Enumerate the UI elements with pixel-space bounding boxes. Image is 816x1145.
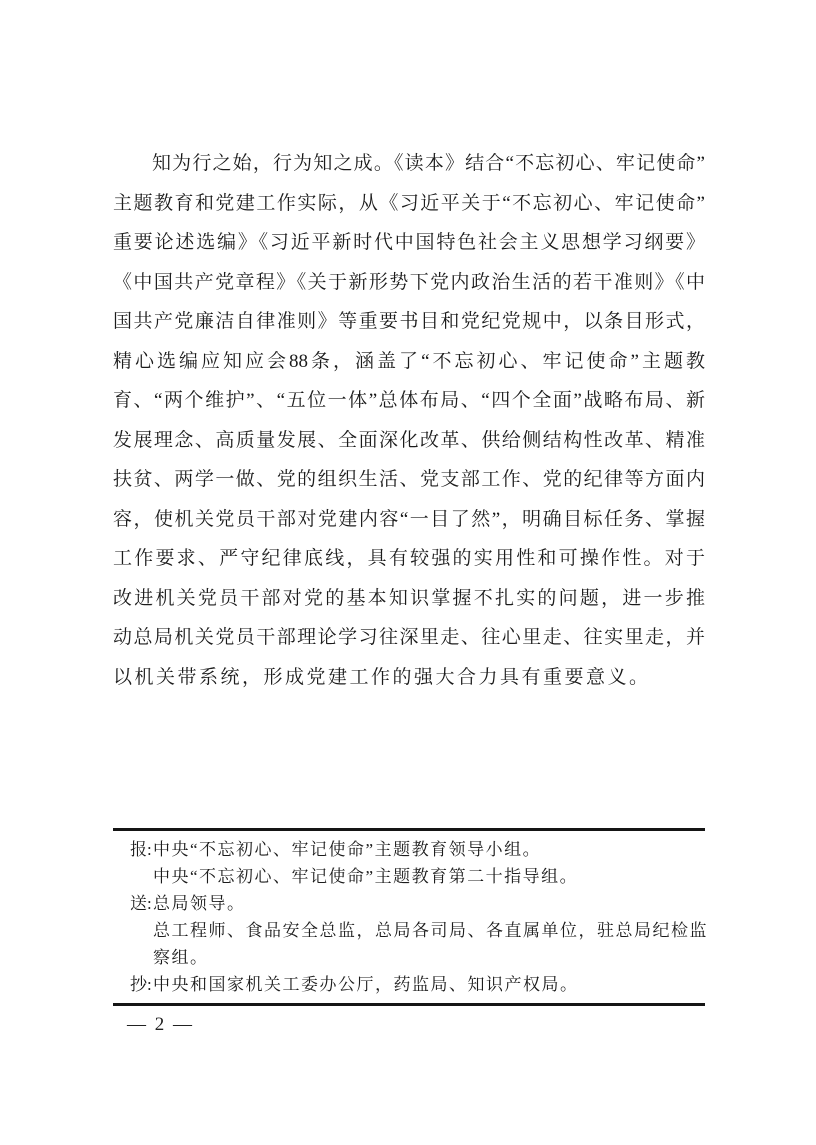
- distribution-label: [130, 944, 153, 971]
- distribution-label: 送:: [130, 890, 153, 917]
- paragraph-line: 主题教育和党建工作实际，从《习近平关于“不忘初心、牢记使命”: [113, 184, 705, 224]
- distribution-line-report: 报: 中央“不忘初心、牢记使命”主题教育领导小组。: [130, 836, 705, 863]
- distribution-text: 中央“不忘初心、牢记使命”主题教育领导小组。: [153, 836, 541, 863]
- paragraph-line: 《中国共产党章程》《关于新形势下党内政治生活的若干准则》《中: [113, 263, 705, 303]
- distribution-label: 报:: [130, 836, 153, 863]
- paragraph-line: 扶贫、两学一做、党的组织生活、党支部工作、党的纪律等方面内: [113, 460, 705, 500]
- paragraph-line: 知为行之始，行为知之成。《读本》结合“不忘初心、牢记使命”: [113, 144, 705, 184]
- distribution-line-send-cont: 察组。: [130, 944, 705, 971]
- paragraph-line: 重要论述选编》《习近平新时代中国特色社会主义思想学习纲要》: [113, 223, 705, 263]
- paragraph-line: 容，使机关党员干部对党建内容“一目了然”，明确目标任务、掌握: [113, 500, 705, 540]
- distribution-line-copy: 抄: 中央和国家机关工委办公厅，药监局、知识产权局。: [130, 971, 705, 998]
- distribution-text: 察组。: [153, 944, 209, 971]
- paragraph-line: 国共产党廉洁自律准则》等重要书目和党纪党规中，以条目形式，: [113, 302, 705, 342]
- distribution-footer: 报: 中央“不忘初心、牢记使命”主题教育领导小组。 中央“不忘初心、牢记使命”主…: [113, 828, 705, 1006]
- distribution-line-report-cont: 中央“不忘初心、牢记使命”主题教育第二十指导组。: [130, 863, 705, 890]
- paragraph-line: 育、“两个维护”、“五位一体”总体布局、“四个全面”战略布局、新: [113, 381, 705, 421]
- distribution-line-send-cont: 总工程师、食品安全总监，总局各司局、各直属单位，驻总局纪检监: [130, 917, 705, 944]
- body-paragraph: 知为行之始，行为知之成。《读本》结合“不忘初心、牢记使命” 主题教育和党建工作实…: [113, 144, 705, 697]
- distribution-text: 总工程师、食品安全总监，总局各司局、各直属单位，驻总局纪检监: [153, 917, 708, 944]
- footer-bottom-rule: [113, 1003, 705, 1006]
- paragraph-line: 以机关带系统，形成党建工作的强大合力具有重要意义。: [113, 658, 705, 698]
- document-page: 知为行之始，行为知之成。《读本》结合“不忘初心、牢记使命” 主题教育和党建工作实…: [0, 0, 816, 1145]
- distribution-label: [130, 863, 153, 890]
- distribution-text: 中央和国家机关工委办公厅，药监局、知识产权局。: [153, 971, 579, 998]
- paragraph-line: 工作要求、严守纪律底线，具有较强的实用性和可操作性。对于: [113, 539, 705, 579]
- paragraph-line: 改进机关党员干部对党的基本知识掌握不扎实的问题，进一步推: [113, 579, 705, 619]
- paragraph-line: 动总局机关党员干部理论学习往深里走、往心里走、往实里走，并: [113, 618, 705, 658]
- distribution-text: 总局领导。: [153, 890, 246, 917]
- distribution-label: 抄:: [130, 971, 153, 998]
- distribution-line-send: 送: 总局领导。: [130, 890, 705, 917]
- distribution-list: 报: 中央“不忘初心、牢记使命”主题教育领导小组。 中央“不忘初心、牢记使命”主…: [113, 831, 705, 998]
- paragraph-line: 发展理念、高质量发展、全面深化改革、供给侧结构性改革、精准: [113, 421, 705, 461]
- distribution-label: [130, 917, 153, 944]
- distribution-text: 中央“不忘初心、牢记使命”主题教育第二十指导组。: [153, 863, 578, 890]
- page-number: — 2 —: [127, 1012, 194, 1038]
- paragraph-line: 精心选编应知应会88条，涵盖了“不忘初心、牢记使命”主题教: [113, 342, 705, 382]
